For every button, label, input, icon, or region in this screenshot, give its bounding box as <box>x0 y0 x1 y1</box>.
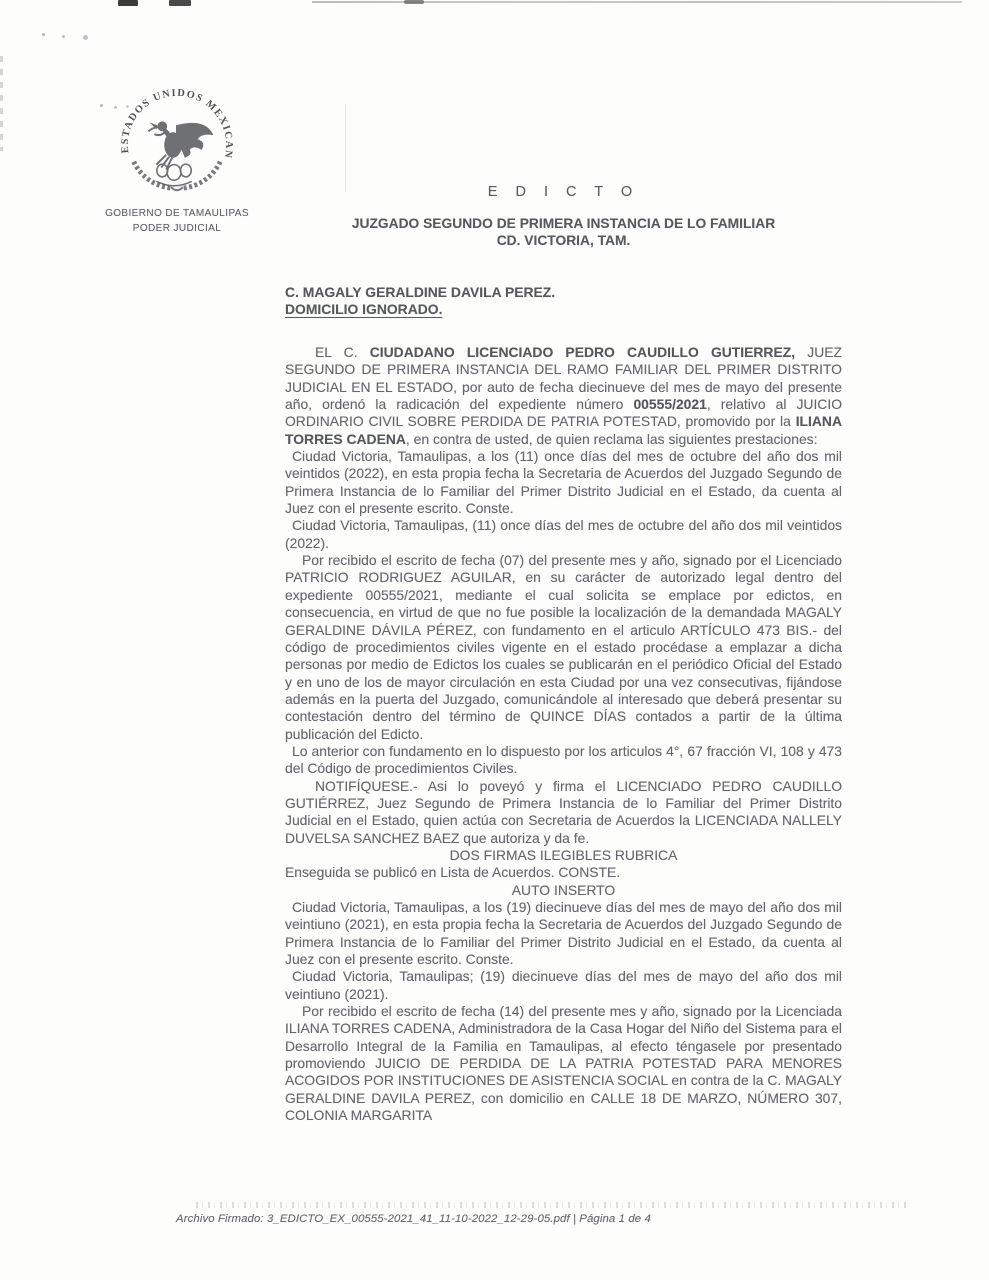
paragraph-cuenta-2022: Ciudad Victoria, Tamaulipas, a los (11) … <box>285 448 842 517</box>
judge-name: CIUDADANO LICENCIADO PEDRO CAUDILLO GUTI… <box>370 344 795 360</box>
scan-artifact-crease <box>345 104 346 192</box>
court-name: JUZGADO SEGUNDO DE PRIMERA INSTANCIA DE … <box>285 216 842 233</box>
paragraph-juicio-patria-potestad: Por recibido el escrito de fecha (14) de… <box>285 1003 842 1124</box>
lista-acuerdos-note: Enseguida se publicó en Lista de Acuerdo… <box>285 864 842 881</box>
agency-name: GOBIERNO DE TAMAULIPAS <box>92 207 262 220</box>
scan-artifact-edge-marks <box>0 56 3 151</box>
paragraph-notifiquese: NOTIFÍQUESE.- Asi lo poveyó y firma el L… <box>285 778 842 847</box>
addressee-block: C. MAGALY GERALDINE DAVILA PEREZ. DOMICI… <box>285 284 555 319</box>
addressee-name: C. MAGALY GERALDINE DAVILA PEREZ. <box>285 284 555 301</box>
eagle-emblem <box>149 121 214 185</box>
scanned-edict-page: ESTADOS UNIDOS MEXICANOS GOBIERNO DE TAM… <box>0 0 989 1280</box>
paragraph-cuenta-2021: Ciudad Victoria, Tamaulipas, a los (19) … <box>285 899 842 968</box>
signatures-note: DOS FIRMAS ILEGIBLES RUBRICA <box>285 847 842 864</box>
file-signature-footer: Archivo Firmado: 3_EDICTO_EX_00555-2021_… <box>176 1213 651 1225</box>
scan-artifact-signature-hash <box>196 1202 908 1208</box>
document-headings: E D I C T O JUZGADO SEGUNDO DE PRIMERA I… <box>285 184 842 249</box>
scan-artifact-top-blob <box>404 0 424 4</box>
paragraph-acuerdo-edictos: Por recibido el escrito de fecha (07) de… <box>285 552 842 743</box>
document-body: EL C. CIUDADANO LICENCIADO PEDRO CAUDILL… <box>285 344 842 1124</box>
paragraph-fundamento: Lo anterior con fundamento en lo dispues… <box>285 743 842 778</box>
auto-inserto-heading: AUTO INSERTO <box>285 882 842 899</box>
scan-artifact-dash <box>118 0 138 6</box>
paragraph-radicacion: EL C. CIUDADANO LICENCIADO PEDRO CAUDILL… <box>285 344 842 448</box>
paragraph-text: , en contra de usted, de quien reclama l… <box>406 431 818 447</box>
state-seal: ESTADOS UNIDOS MEXICANOS GOBIERNO DE TAM… <box>92 86 262 235</box>
addressee-domicile: DOMICILIO IGNORADO. <box>285 301 555 318</box>
scan-artifact-dash <box>169 0 191 6</box>
paragraph-fecha-2022: Ciudad Victoria, Tamaulipas, (11) once d… <box>285 517 842 552</box>
scan-artifact-pencil-marks <box>42 33 45 36</box>
court-location: CD. VICTORIA, TAM. <box>285 233 842 250</box>
agency-subtitle: PODER JUDICIAL <box>92 222 262 235</box>
document-title: E D I C T O <box>285 184 842 200</box>
mexico-coat-of-arms-icon: ESTADOS UNIDOS MEXICANOS <box>112 86 242 200</box>
paragraph-fecha-2021: Ciudad Victoria, Tamaulipas; (19) diecin… <box>285 968 842 1003</box>
paragraph-text: EL C. <box>315 344 370 360</box>
case-number: 00555/2021 <box>633 396 706 412</box>
